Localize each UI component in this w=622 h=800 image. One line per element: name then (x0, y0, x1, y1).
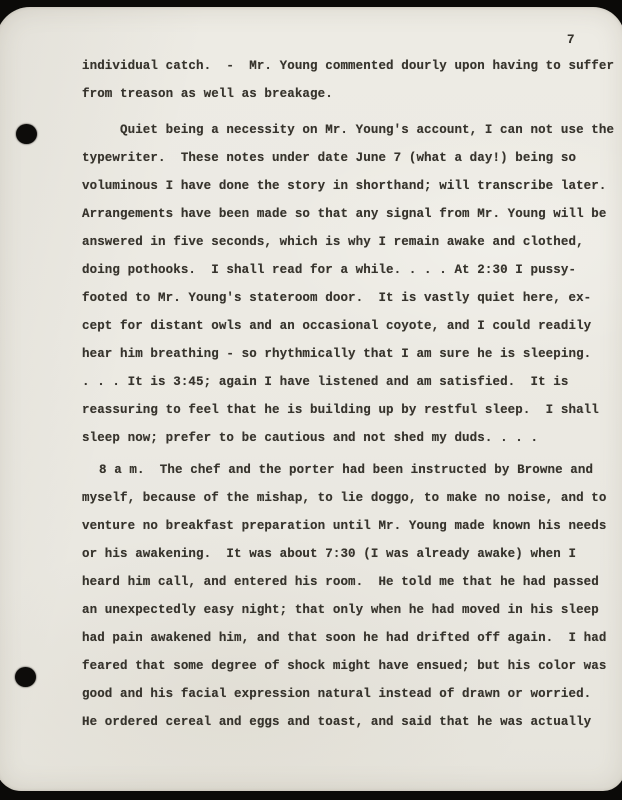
typewritten-line: Arrangements have been made so that any … (82, 200, 616, 228)
typewritten-line: He ordered cereal and eggs and toast, an… (82, 708, 616, 736)
typewritten-line: heard him call, and entered his room. He… (82, 568, 616, 596)
typewritten-line: . . . It is 3:45; again I have listened … (82, 368, 616, 396)
typewritten-line: 8 a m. The chef and the porter had been … (82, 456, 616, 484)
typewritten-line: had pain awakened him, and that soon he … (82, 624, 616, 652)
typewritten-line: answered in five seconds, which is why I… (82, 228, 616, 256)
hole-punch-top (16, 124, 37, 144)
typewritten-line: hear him breathing - so rhythmically tha… (82, 340, 616, 368)
page-number: 7 (567, 33, 575, 47)
typewritten-line: typewriter. These notes under date June … (82, 144, 616, 172)
paragraph-morning: 8 a m. The chef and the porter had been … (82, 456, 616, 736)
typewritten-line: reassuring to feel that he is building u… (82, 396, 616, 424)
typewritten-line: sleep now; prefer to be cautious and not… (82, 424, 616, 452)
typewritten-line: good and his facial expression natural i… (82, 680, 616, 708)
paragraph-continuation: individual catch. - Mr. Young commented … (82, 52, 616, 108)
typewritten-line: individual catch. - Mr. Young commented … (82, 52, 616, 80)
typewritten-line: doing pothooks. I shall read for a while… (82, 256, 616, 284)
typewritten-line: from treason as well as breakage. (82, 80, 616, 108)
typewritten-line: footed to Mr. Young's stateroom door. It… (82, 284, 616, 312)
typewritten-line: Quiet being a necessity on Mr. Young's a… (82, 116, 616, 144)
typewritten-text: individual catch. - Mr. Young commented … (82, 52, 616, 736)
typewritten-line: myself, because of the mishap, to lie do… (82, 484, 616, 512)
typewritten-line: venture no breakfast preparation until M… (82, 512, 616, 540)
typewritten-line: an unexpectedly easy night; that only wh… (82, 596, 616, 624)
typewritten-line: voluminous I have done the story in shor… (82, 172, 616, 200)
typewritten-line: cept for distant owls and an occasional … (82, 312, 616, 340)
paragraph-night-watch: Quiet being a necessity on Mr. Young's a… (82, 116, 616, 452)
scanned-document: 7 individual catch. - Mr. Young commente… (0, 0, 622, 800)
typewritten-line: or his awakening. It was about 7:30 (I w… (82, 540, 616, 568)
paper-page: 7 individual catch. - Mr. Young commente… (0, 7, 622, 791)
typewritten-line: feared that some degree of shock might h… (82, 652, 616, 680)
hole-punch-bottom (15, 667, 36, 687)
